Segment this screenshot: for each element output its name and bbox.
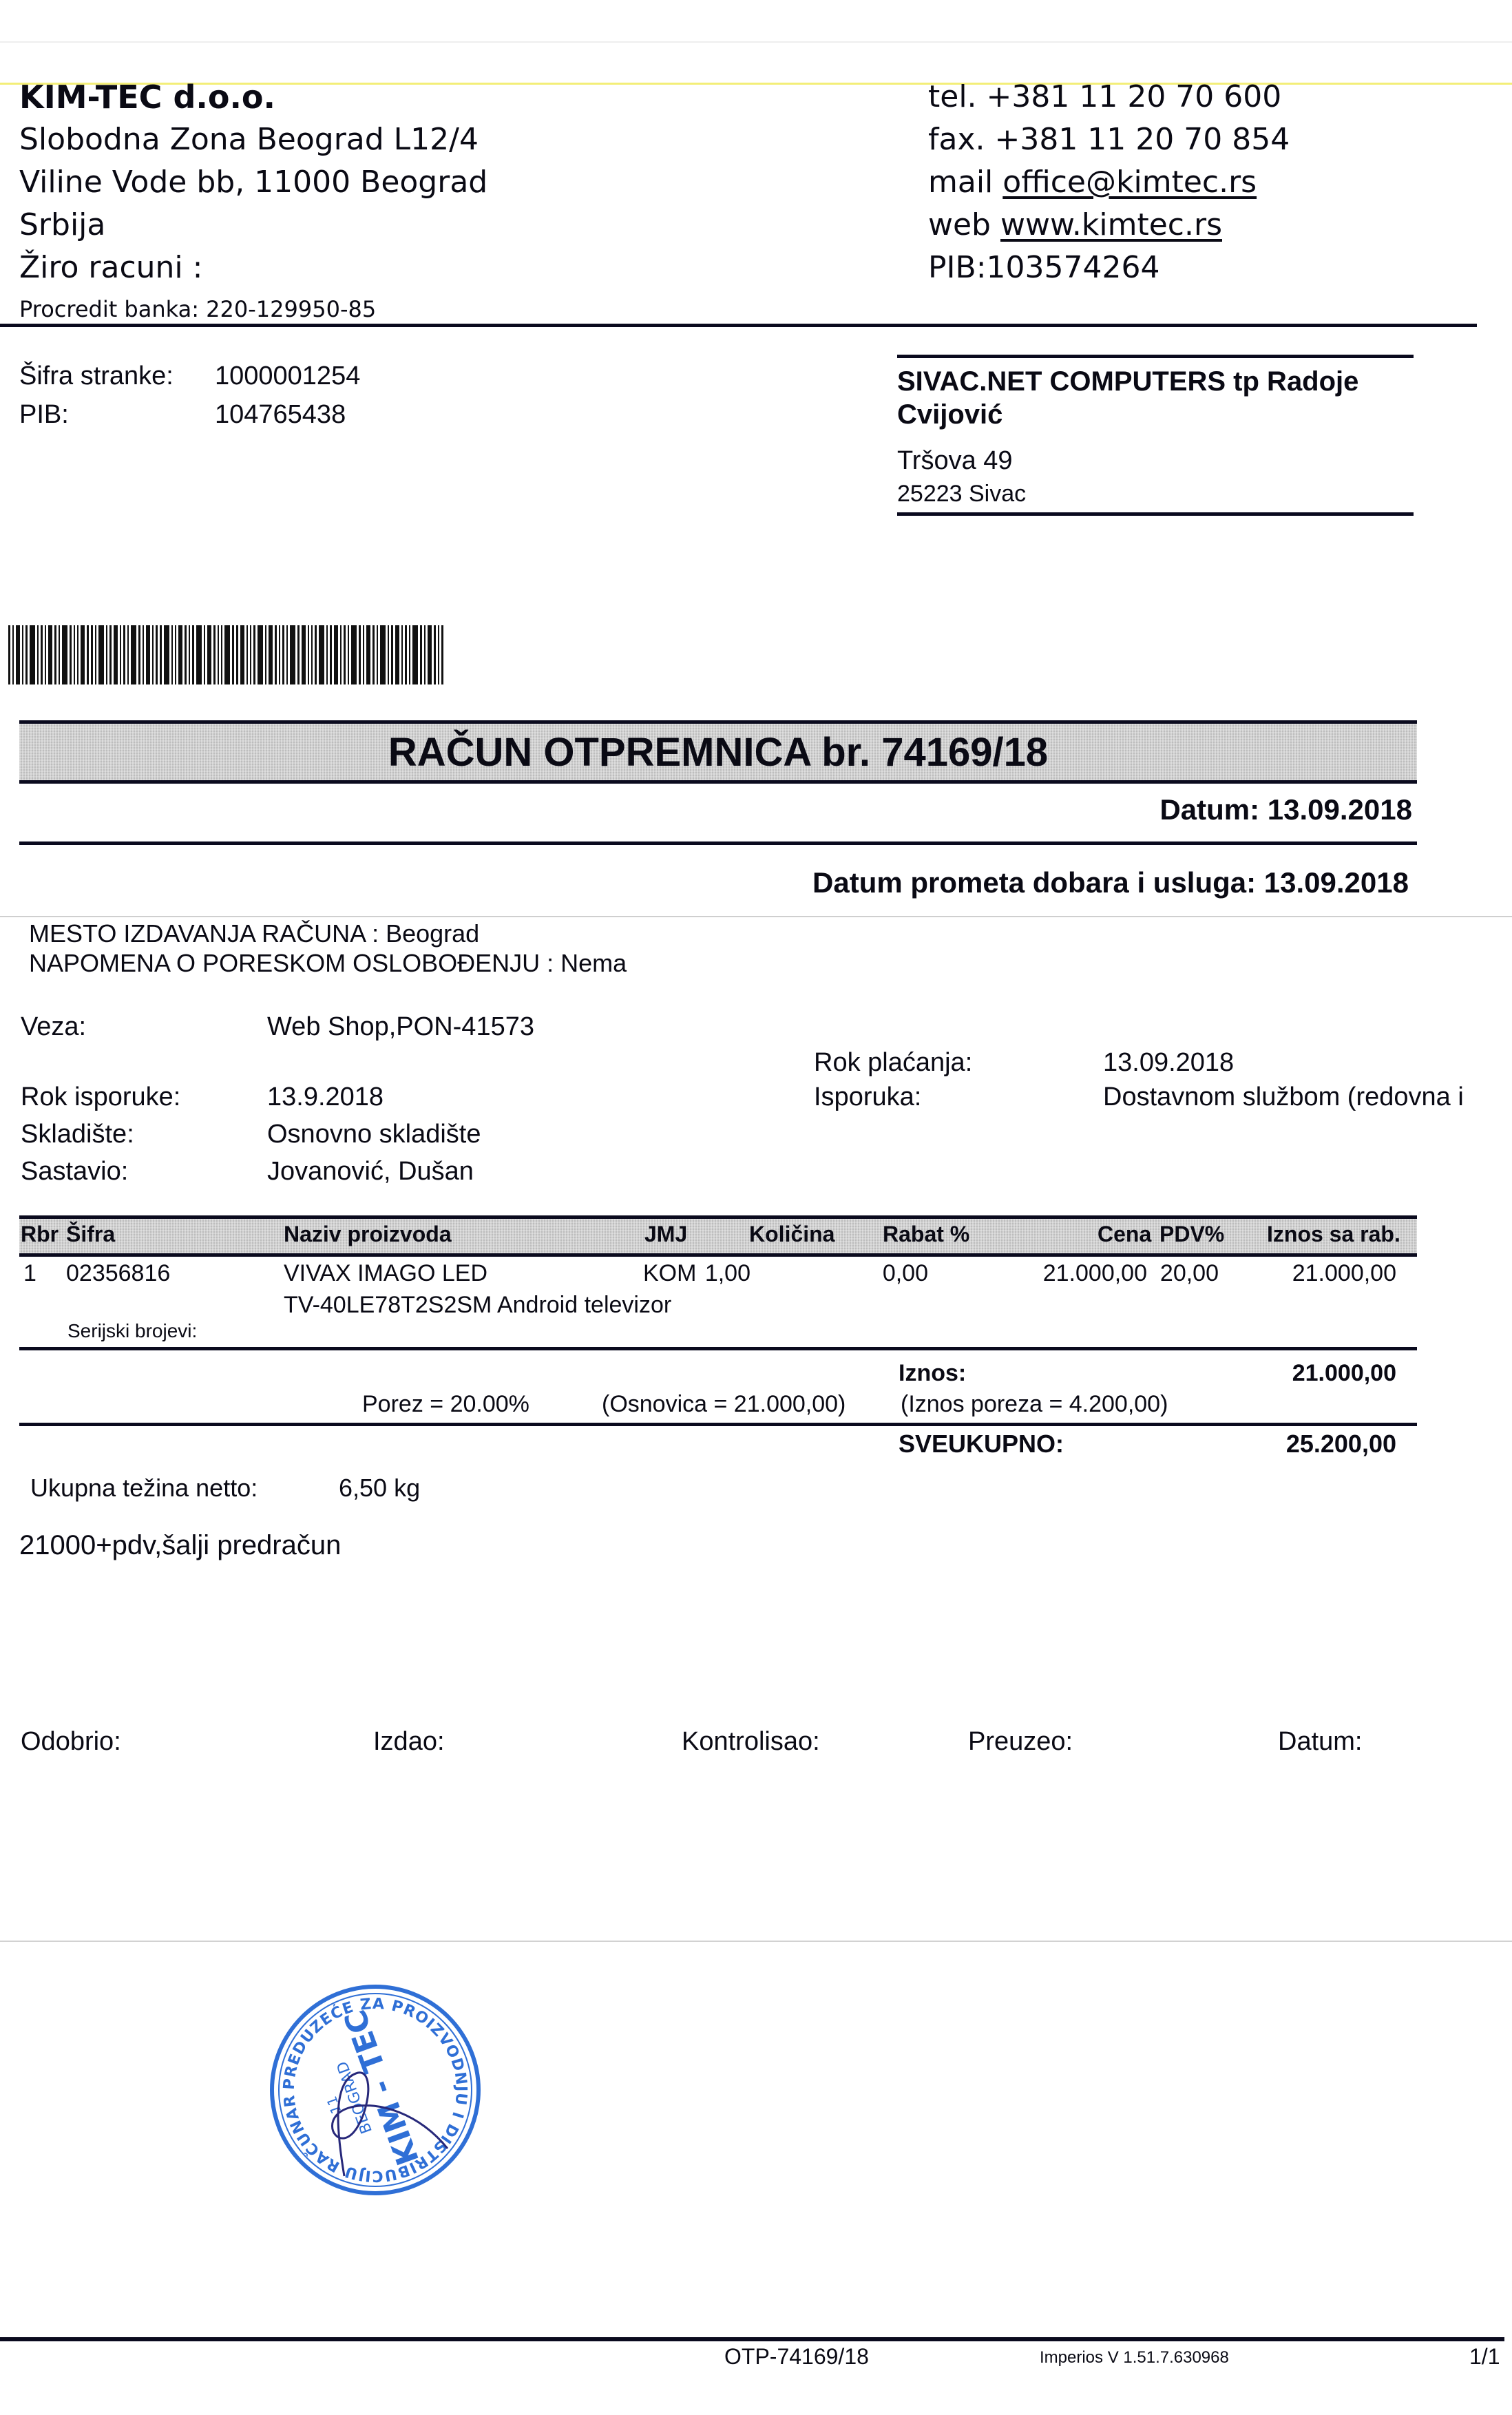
signature-issued: Izdao: — [373, 1727, 445, 1757]
company-web-label: web — [928, 207, 991, 242]
col-header-rbr: Rbr — [21, 1222, 59, 1247]
cell-naziv-line2: TV-40LE78T2S2SM Android televizor — [284, 1292, 671, 1319]
document-date: Datum: 13.09.2018 — [1159, 793, 1412, 826]
customer-name-line2: Cvijović — [897, 399, 1002, 430]
net-weight-value: 6,50 kg — [339, 1474, 420, 1503]
grand-total-label: SVEUKUPNO: — [899, 1430, 1064, 1459]
amount-label: Iznos: — [899, 1360, 966, 1387]
company-fax: fax. +381 11 20 70 854 — [928, 118, 1290, 161]
totals-divider — [19, 1423, 1417, 1426]
handwritten-note: 21000+pdv,šalji predračun — [19, 1530, 341, 1561]
col-header-jmj: JMJ — [644, 1222, 687, 1247]
delivery-method-value: Dostavnom službom (redovna i — [1103, 1083, 1464, 1112]
company-pib: PIB:103574264 — [928, 247, 1159, 289]
cell-naziv-line1: VIVAX IMAGO LED — [284, 1260, 487, 1287]
customer-code-label: Šifra stranke: — [19, 362, 174, 391]
company-web-row: web www.kimtec.rs — [928, 204, 1222, 247]
serial-numbers-label: Serijski brojevi: — [67, 1320, 197, 1342]
company-phone: tel. +381 11 20 70 600 — [928, 76, 1281, 118]
cell-rbr: 1 — [23, 1260, 36, 1287]
tax-exemption-note: NAPOMENA O PORESKOM OSLOBOĐENJU : Nema — [29, 949, 627, 978]
composed-by-value: Jovanović, Dušan — [267, 1157, 474, 1186]
customer-box-bottom-line — [897, 512, 1414, 516]
col-header-iznos: Iznos sa rab. — [1267, 1222, 1400, 1247]
cell-kolicina: 1,00 — [705, 1260, 750, 1287]
cell-sifra: 02356816 — [66, 1260, 170, 1287]
company-address-line2: Viline Vode bb, 11000 Beograd — [19, 161, 487, 204]
company-web-link[interactable]: www.kimtec.rs — [1000, 207, 1222, 242]
customer-pib: 104765438 — [215, 400, 346, 430]
customer-box-top-line — [897, 355, 1414, 358]
company-country: Srbija — [19, 204, 105, 247]
cell-jmj: KOM — [643, 1260, 696, 1287]
customer-city: 25223 Sivac — [897, 481, 1026, 508]
header-divider — [0, 324, 1477, 327]
company-mail-label: mail — [928, 165, 993, 200]
company-mail-link[interactable]: office@kimtec.rs — [1002, 165, 1257, 200]
cell-pdv: 20,00 — [1160, 1260, 1219, 1287]
amount-value: 21.000,00 — [1292, 1360, 1396, 1387]
svg-text:11: 11 — [323, 2094, 344, 2116]
col-header-pdv: PDV% — [1159, 1222, 1224, 1247]
col-header-kolicina: Količina — [749, 1222, 834, 1247]
company-account-label: Žiro racuni : — [19, 247, 202, 289]
col-header-cena: Cena — [1098, 1222, 1151, 1247]
signature-checked: Kontrolisao: — [682, 1727, 820, 1757]
col-header-sifra: Šifra — [66, 1222, 115, 1247]
customer-pib-label: PIB: — [19, 400, 69, 430]
customer-code: 1000001254 — [215, 362, 360, 391]
signature-approved: Odobrio: — [21, 1727, 121, 1757]
delivery-due-value: 13.9.2018 — [267, 1083, 384, 1112]
footer-doc-code: OTP-74169/18 — [724, 2344, 869, 2370]
tax-amount: (Iznos poreza = 4.200,00) — [901, 1391, 1168, 1418]
footer-divider — [0, 2337, 1504, 2341]
company-name: KIM-TEC d.o.o. — [19, 76, 275, 118]
place-of-issue: MESTO IZDAVANJA RAČUNA : Beograd — [29, 919, 479, 948]
warehouse-label: Skladište: — [21, 1120, 134, 1149]
footer-page-number: 1/1 — [1469, 2344, 1500, 2370]
footer-software-version: Imperios V 1.51.7.630968 — [1040, 2348, 1229, 2367]
document-barcode — [8, 625, 697, 684]
payment-due-label: Rok plaćanja: — [814, 1048, 972, 1078]
tax-base: (Osnovica = 21.000,00) — [602, 1391, 846, 1418]
composed-by-label: Sastavio: — [21, 1157, 128, 1186]
scan-fold-line — [0, 916, 1512, 917]
scan-fold-line-lower — [0, 1941, 1512, 1942]
company-stamp: PREDUZEĆE ZA PROIZVODNJU I DISTRIBUCIJU … — [262, 1976, 489, 2204]
turnover-date: Datum prometa dobara i usluga: 13.09.201… — [812, 866, 1409, 899]
grand-total-value: 25.200,00 — [1286, 1430, 1396, 1459]
tax-rate: Porez = 20.00% — [362, 1391, 529, 1418]
signature-date: Datum: — [1278, 1727, 1362, 1757]
delivery-method-label: Isporuka: — [814, 1083, 921, 1112]
scan-artifact-line — [0, 41, 1512, 43]
company-mail-row: mail office@kimtec.rs — [928, 161, 1257, 204]
document-title: RAČUN OTPREMNICA br. 74169/18 — [0, 728, 1436, 777]
title-band-bottom-line — [19, 780, 1417, 784]
payment-due-value: 13.09.2018 — [1103, 1048, 1234, 1078]
table-bottom-line — [19, 1347, 1417, 1350]
col-header-rabat: Rabat % — [883, 1222, 969, 1247]
signature-received: Preuzeo: — [968, 1727, 1073, 1757]
cell-iznos: 21.000,00 — [1292, 1260, 1396, 1287]
veza-label: Veza: — [21, 1012, 86, 1042]
veza-value: Web Shop,PON-41573 — [267, 1012, 534, 1042]
col-header-naziv: Naziv proizvoda — [284, 1222, 452, 1247]
customer-street: Tršova 49 — [897, 446, 1013, 476]
date-divider — [19, 841, 1417, 845]
delivery-due-label: Rok isporuke: — [21, 1083, 180, 1112]
company-address-line1: Slobodna Zona Beograd L12/4 — [19, 118, 479, 161]
cell-cena: 21.000,00 — [1043, 1260, 1147, 1287]
warehouse-value: Osnovno skladište — [267, 1120, 481, 1149]
cell-rabat: 0,00 — [883, 1260, 928, 1287]
customer-name-line1: SIVAC.NET COMPUTERS tp Radoje — [897, 366, 1358, 397]
net-weight-label: Ukupna težina netto: — [30, 1474, 258, 1503]
table-header-bottom-line — [19, 1253, 1417, 1257]
